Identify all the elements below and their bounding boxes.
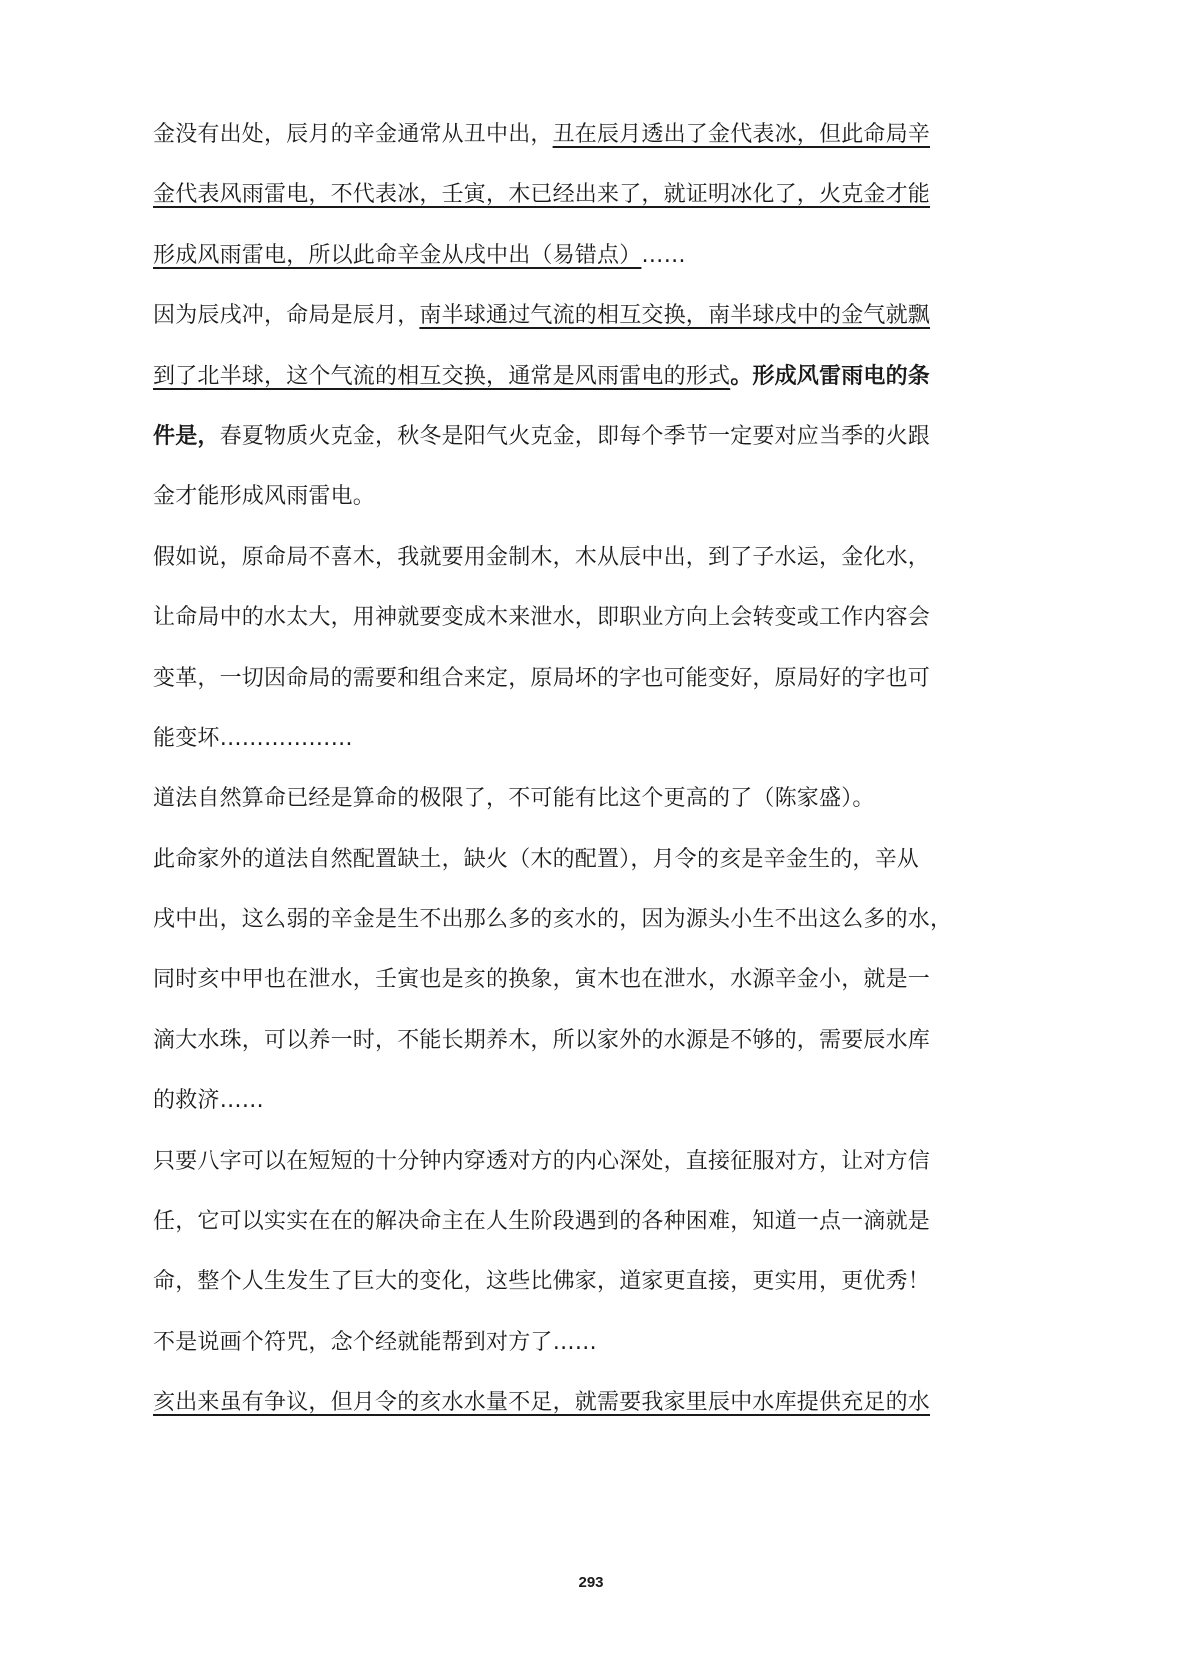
document-body: 金没有出处，辰月的辛金通常从丑中出，丑在辰月透出了金代表冰，但此命局辛金代表风雨… [153, 112, 1023, 1441]
text-line: 金才能形成风雨雷电。 [153, 474, 1023, 534]
text-segment: 滴大水珠，可以养一时，不能长期养木，所以家外的水源是不够的，需要辰水库 [153, 1028, 930, 1053]
text-segment: 春夏物质火克金，秋冬是阳气火克金，即每个季节一定要对应当季的火跟 [220, 424, 930, 449]
text-line: 能变坏……………… [153, 716, 1023, 776]
text-line: 到了北半球，这个气流的相互交换，通常是风雨雷电的形式。形成风雷雨电的条 [153, 354, 1023, 414]
bold-text: 件是， [153, 424, 220, 449]
text-line: 金代表风雨雷电，不代表冰，壬寅，木已经出来了，就证明冰化了，火克金才能 [153, 172, 1023, 232]
text-line: 件是，春夏物质火克金，秋冬是阳气火克金，即每个季节一定要对应当季的火跟 [153, 414, 1023, 474]
underlined-text: 到了北半球，这个气流的相互交换，通常是风雨雷电的形式 [153, 364, 730, 389]
text-line: 金没有出处，辰月的辛金通常从丑中出，丑在辰月透出了金代表冰，但此命局辛 [153, 112, 1023, 172]
text-line: 亥出来虽有争议，但月令的亥水水量不足，就需要我家里辰中水库提供充足的水 [153, 1380, 1023, 1440]
text-segment: 命，整个人生发生了巨大的变化，这些比佛家，道家更直接，更实用，更优秀！ [153, 1269, 930, 1294]
text-segment: 不是说画个符咒，念个经就能帮到对方了…… [153, 1330, 597, 1355]
bold-text: 。形成风雷雨电的条 [730, 364, 930, 389]
text-line: 命，整个人生发生了巨大的变化，这些比佛家，道家更直接，更实用，更优秀！ [153, 1259, 1023, 1319]
text-line: 形成风雨雷电，所以此命辛金从戌中出（易错点）…… [153, 233, 1023, 293]
text-segment: 让命局中的水太大，用神就要变成木来泄水，即职业方向上会转变或工作内容会 [153, 605, 930, 630]
text-line: 因为辰戌冲，命局是辰月，南半球通过气流的相互交换，南半球戌中的金气就飘 [153, 293, 1023, 353]
text-line: 的救济…… [153, 1078, 1023, 1138]
text-line: 任，它可以实实在在的解决命主在人生阶段遇到的各种困难，知道一点一滴就是 [153, 1199, 1023, 1259]
underlined-text: 南半球通过气流的相互交换，南半球戌中的金气就飘 [419, 303, 930, 328]
text-line: 变革，一切因命局的需要和组合来定，原局坏的字也可能变好，原局好的字也可 [153, 656, 1023, 716]
text-line: 戌中出，这么弱的辛金是生不出那么多的亥水的，因为源头小生不出这么多的水， [153, 897, 1023, 957]
text-segment: 能变坏……………… [153, 726, 353, 751]
text-line: 只要八字可以在短短的十分钟内穿透对方的内心深处，直接征服对方，让对方信 [153, 1139, 1023, 1199]
text-line: 让命局中的水太大，用神就要变成木来泄水，即职业方向上会转变或工作内容会 [153, 595, 1023, 655]
text-line: 滴大水珠，可以养一时，不能长期养木，所以家外的水源是不够的，需要辰水库 [153, 1018, 1023, 1078]
text-segment: 因为辰戌冲，命局是辰月， [153, 303, 419, 328]
underlined-text: 丑在辰月透出了金代表冰，但此命局辛 [553, 122, 930, 147]
text-segment: 变革，一切因命局的需要和组合来定，原局坏的字也可能变好，原局好的字也可 [153, 666, 930, 691]
text-segment: 此命家外的道法自然配置缺土，缺火（木的配置），月令的亥是辛金生的，辛从 [153, 847, 919, 872]
text-line: 假如说，原命局不喜木，我就要用金制木，木从辰中出，到了子水运，金化水， [153, 535, 1023, 595]
text-line: 此命家外的道法自然配置缺土，缺火（木的配置），月令的亥是辛金生的，辛从 [153, 837, 1023, 897]
page-number: 293 [0, 1574, 1182, 1591]
text-line: 不是说画个符咒，念个经就能帮到对方了…… [153, 1320, 1023, 1380]
underlined-text: 金代表风雨雷电，不代表冰，壬寅，木已经出来了，就证明冰化了，火克金才能 [153, 182, 930, 207]
text-segment: 的救济…… [153, 1088, 264, 1113]
text-segment: 金没有出处，辰月的辛金通常从丑中出， [153, 122, 553, 147]
text-segment: 同时亥中甲也在泄水，壬寅也是亥的换象，寅木也在泄水，水源辛金小，就是一 [153, 967, 930, 992]
text-segment: …… [641, 243, 685, 268]
text-segment: 戌中出，这么弱的辛金是生不出那么多的亥水的，因为源头小生不出这么多的水， [153, 907, 952, 932]
underlined-text: 亥出来虽有争议，但月令的亥水水量不足，就需要我家里辰中水库提供充足的水 [153, 1390, 930, 1415]
underlined-text: 形成风雨雷电，所以此命辛金从戌中出（易错点） [153, 243, 641, 268]
text-segment: 只要八字可以在短短的十分钟内穿透对方的内心深处，直接征服对方，让对方信 [153, 1149, 930, 1174]
text-line: 道法自然算命已经是算命的极限了，不可能有比这个更高的了（陈家盛）。 [153, 776, 1023, 836]
text-segment: 假如说，原命局不喜木，我就要用金制木，木从辰中出，到了子水运，金化水， [153, 545, 930, 570]
text-segment: 道法自然算命已经是算命的极限了，不可能有比这个更高的了（陈家盛）。 [153, 786, 875, 811]
text-line: 同时亥中甲也在泄水，壬寅也是亥的换象，寅木也在泄水，水源辛金小，就是一 [153, 957, 1023, 1017]
text-segment: 金才能形成风雨雷电。 [153, 484, 375, 509]
text-segment: 任，它可以实实在在的解决命主在人生阶段遇到的各种困难，知道一点一滴就是 [153, 1209, 930, 1234]
